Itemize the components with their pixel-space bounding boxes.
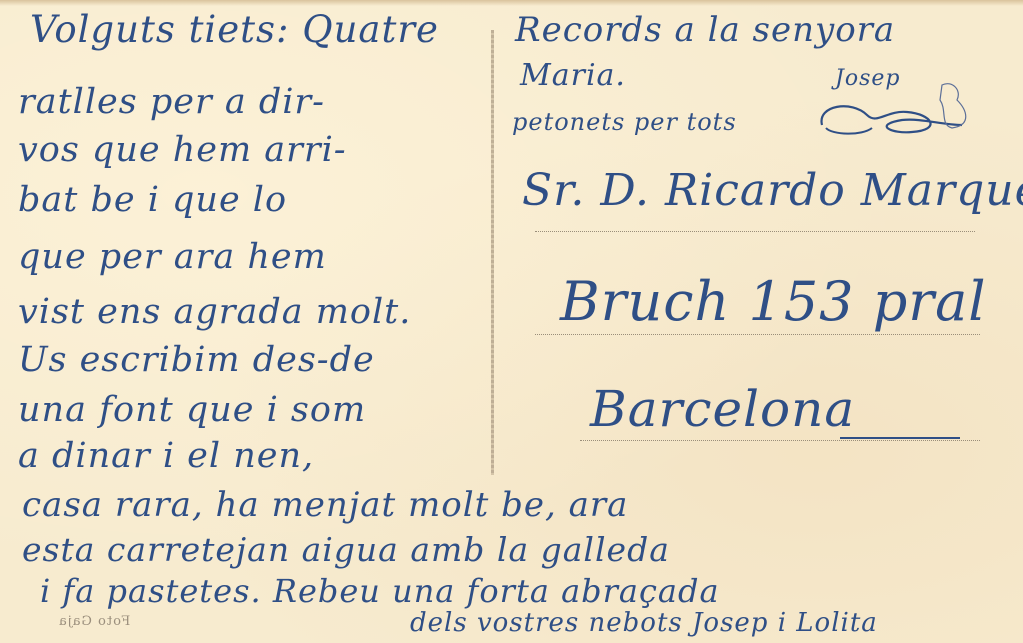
continuation-line-4: dels vostres nebots Josep i Lolita xyxy=(410,608,878,638)
address-rule-3 xyxy=(580,440,980,441)
publisher-mark: Foto Gaja xyxy=(58,614,130,629)
address-rule-2 xyxy=(535,334,980,335)
postcard: Volguts tiets: Quatre ratlles per a dir-… xyxy=(0,0,1023,643)
signature-flourish-icon xyxy=(812,70,982,140)
continuation-line-3: i fa pastetes. Rebeu una forta abraçada xyxy=(40,572,720,610)
continuation-line-2: esta carretejan aigua amb la galleda xyxy=(22,530,670,569)
side-note-line-1: Records a la senyora xyxy=(515,10,895,50)
message-line-2: ratlles per a dir- xyxy=(18,82,325,122)
message-line-6: vist ens agrada molt. xyxy=(18,292,411,332)
message-line-4: bat be i que lo xyxy=(18,180,287,220)
side-note-line-3: petonets per tots xyxy=(512,108,737,136)
address-rule-1 xyxy=(535,231,975,232)
message-line-1: Volguts tiets: Quatre xyxy=(30,8,439,51)
address-street: Bruch 153 pral xyxy=(560,270,987,333)
continuation-line-1: casa rara, ha menjat molt be, ara xyxy=(22,485,628,525)
message-line-8: una font que i som xyxy=(18,390,366,430)
center-divider-line xyxy=(491,30,494,475)
side-note-line-2: Maria. xyxy=(520,58,626,93)
message-line-9: a dinar i el nen, xyxy=(18,436,314,476)
message-line-5: que per ara hem xyxy=(18,237,327,277)
message-line-3: vos que hem arri- xyxy=(18,130,347,170)
message-line-7: Us escribim des-de xyxy=(18,340,375,380)
address-city: Barcelona xyxy=(590,380,855,438)
address-recipient: Sr. D. Ricardo Marquès xyxy=(522,165,1023,216)
city-underline xyxy=(840,437,960,439)
